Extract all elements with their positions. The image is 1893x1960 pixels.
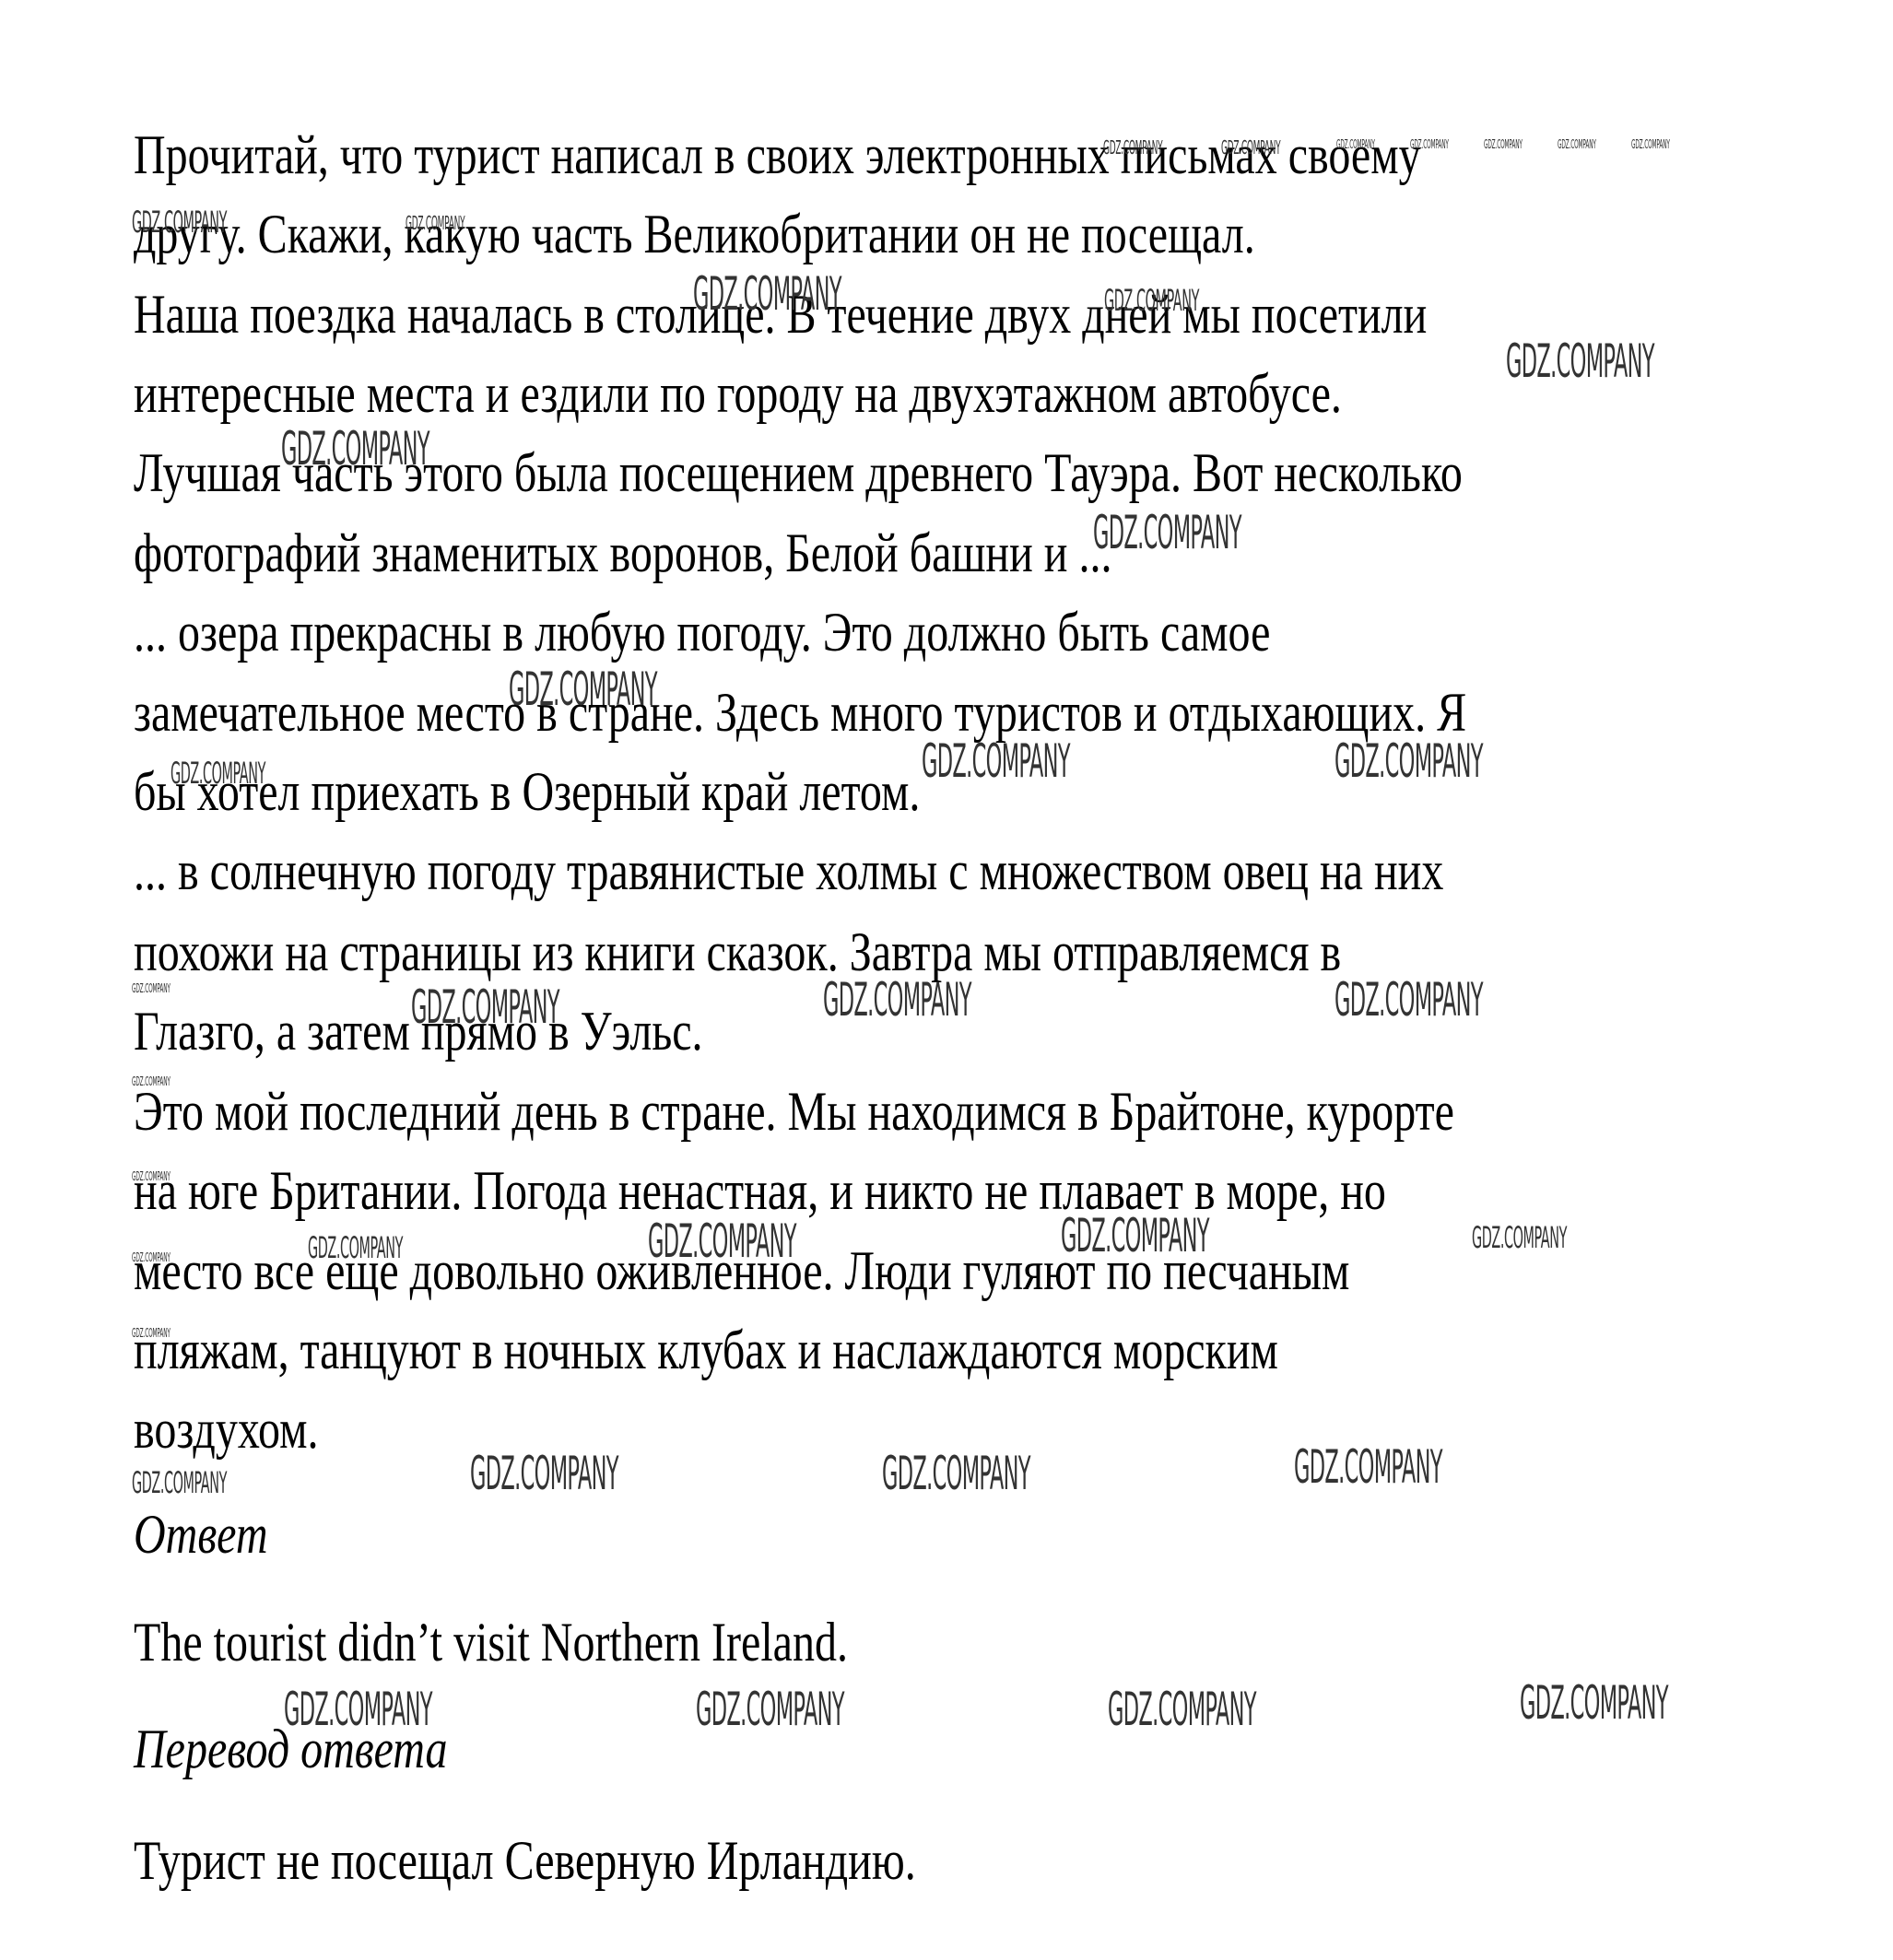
watermark: GDZ.COMPANY (411, 980, 559, 1034)
watermark: GDZ.COMPANY (1472, 1220, 1567, 1255)
task-line-2: другу. Скажи, какую часть Великобритании… (134, 206, 1255, 262)
watermark: GDZ.COMPANY (281, 422, 429, 475)
watermark: GDZ.COMPANY (1335, 973, 1483, 1027)
watermark: GDZ.COMPANY (1103, 136, 1162, 158)
watermark: GDZ.COMPANY (1221, 136, 1280, 158)
watermark: GDZ.COMPANY (1108, 1683, 1256, 1736)
watermark: GDZ.COMPANY (1061, 1209, 1209, 1262)
watermark: GDZ.COMPANY (1558, 138, 1596, 152)
watermark: GDZ.COMPANY (308, 1230, 403, 1265)
watermark: GDZ.COMPANY (882, 1447, 1030, 1500)
watermark: GDZ.COMPANY (1336, 138, 1375, 152)
watermark: GDZ.COMPANY (693, 267, 841, 321)
watermark: GDZ.COMPANY (132, 1327, 170, 1341)
watermark: GDZ.COMPANY (823, 973, 971, 1027)
watermark: GDZ.COMPANY (170, 756, 265, 791)
watermark: GDZ.COMPANY (132, 1465, 227, 1500)
watermark: GDZ.COMPANY (1506, 334, 1654, 388)
watermark: GDZ.COMPANY (1335, 734, 1483, 788)
watermark: GDZ.COMPANY (922, 734, 1070, 788)
watermark: GDZ.COMPANY (284, 1683, 432, 1736)
watermark: GDZ.COMPANY (132, 1251, 170, 1265)
task-line-11: похожи на страницы из книги сказок. Завт… (134, 924, 1341, 980)
watermark: GDZ.COMPANY (1520, 1676, 1668, 1730)
task-line-10: ... в солнечную погоду травянистые холмы… (134, 843, 1443, 898)
task-line-16: пляжам, танцуют в ночных клубах и наслаж… (134, 1322, 1278, 1378)
watermark: GDZ.COMPANY (132, 1075, 170, 1089)
watermark: GDZ.COMPANY (132, 205, 227, 240)
watermark: GDZ.COMPANY (132, 982, 170, 996)
task-line-8: замечательное место в стране. Здесь мног… (134, 685, 1466, 740)
watermark: GDZ.COMPANY (696, 1683, 844, 1736)
task-line-6: фотографий знаменитых воронов, Белой баш… (134, 525, 1111, 581)
watermark: GDZ.COMPANY (509, 663, 657, 716)
answer-text: The tourist didn’t visit Northern Irelan… (134, 1614, 848, 1670)
watermark: GDZ.COMPANY (1093, 506, 1241, 559)
task-line-7: ... озера прекрасны в любую погоду. Это … (134, 604, 1270, 660)
watermark: GDZ.COMPANY (1484, 138, 1523, 152)
watermark: GDZ.COMPANY (132, 1170, 170, 1184)
task-line-17: воздухом. (134, 1402, 318, 1457)
task-line-4: интересные места и ездили по городу на д… (134, 366, 1342, 421)
watermark: GDZ.COMPANY (1410, 138, 1449, 152)
watermark: GDZ.COMPANY (1294, 1440, 1442, 1494)
watermark: GDZ.COMPANY (470, 1447, 618, 1500)
task-line-13: Это мой последний день в стране. Мы нахо… (134, 1084, 1454, 1139)
watermark: GDZ.COMPANY (648, 1215, 796, 1268)
answer-heading: Ответ (134, 1507, 268, 1562)
translation-text: Турист не посещал Северную Ирландию. (134, 1833, 916, 1888)
watermark: GDZ.COMPANY (1631, 138, 1670, 152)
watermark: GDZ.COMPANY (406, 212, 464, 234)
watermark: GDZ.COMPANY (1104, 283, 1199, 318)
